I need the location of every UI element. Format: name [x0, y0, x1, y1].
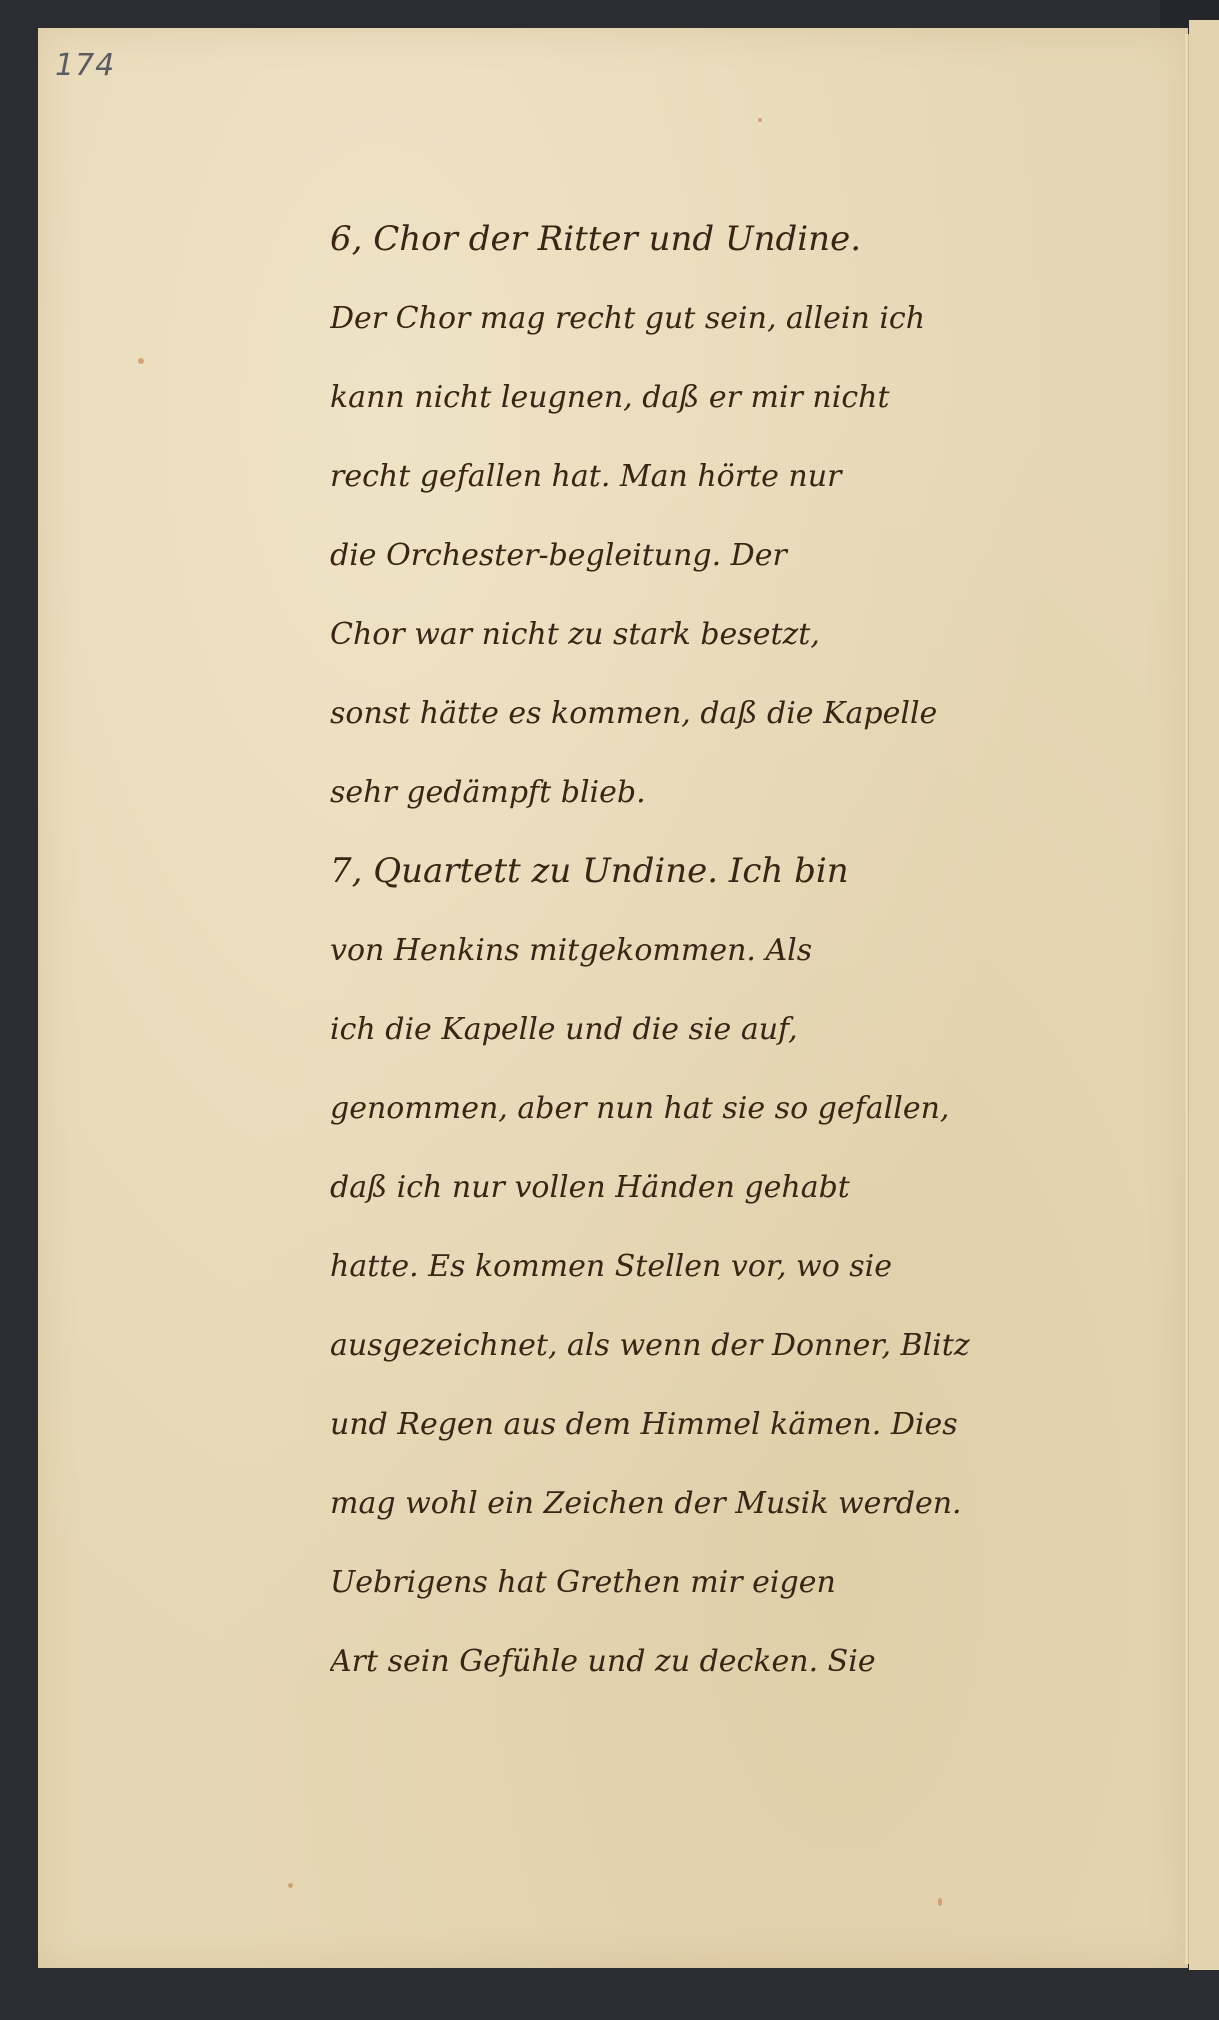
text-line: und Regen aus dem Himmel kämen. Dies — [330, 1385, 1090, 1464]
paper-fleck — [758, 118, 762, 122]
text-line: 7, Quartett zu Undine. Ich bin — [330, 832, 1090, 911]
text-line: kann nicht leugnen, daß er mir nicht — [330, 358, 1090, 437]
page-gutter-fold — [1185, 34, 1189, 1964]
folio-number: 174 — [55, 48, 115, 83]
text-line: mag wohl ein Zeichen der Musik werden. — [330, 1464, 1090, 1543]
adjacent-page-edge — [1189, 20, 1219, 1970]
text-line: Chor war nicht zu stark besetzt, — [330, 595, 1090, 674]
paper-fleck — [938, 1898, 942, 1906]
text-line: ich die Kapelle und die sie auf, — [330, 990, 1090, 1069]
text-line: sehr gedämpft blieb. — [330, 753, 1090, 832]
text-line: hatte. Es kommen Stellen vor, wo sie — [330, 1227, 1090, 1306]
paper-fleck — [138, 358, 144, 364]
text-line: ausgezeichnet, als wenn der Donner, Blit… — [330, 1306, 1090, 1385]
manuscript-text: 6, Chor der Ritter und Undine. Der Chor … — [330, 200, 1090, 1701]
text-line: daß ich nur vollen Händen gehabt — [330, 1148, 1090, 1227]
text-line: genommen, aber nun hat sie so gefallen, — [330, 1069, 1090, 1148]
paper-fleck — [288, 1883, 293, 1888]
text-line: recht gefallen hat. Man hörte nur — [330, 437, 1090, 516]
text-line: die Orchester-begleitung. Der — [330, 516, 1090, 595]
text-line: sonst hätte es kommen, daß die Kapelle — [330, 674, 1090, 753]
text-line: Art sein Gefühle und zu decken. Sie — [330, 1622, 1090, 1701]
text-line: 6, Chor der Ritter und Undine. — [330, 200, 1090, 279]
text-line: Der Chor mag recht gut sein, allein ich — [330, 279, 1090, 358]
text-line: Uebrigens hat Grethen mir eigen — [330, 1543, 1090, 1622]
text-line: von Henkins mitgekommen. Als — [330, 911, 1090, 990]
